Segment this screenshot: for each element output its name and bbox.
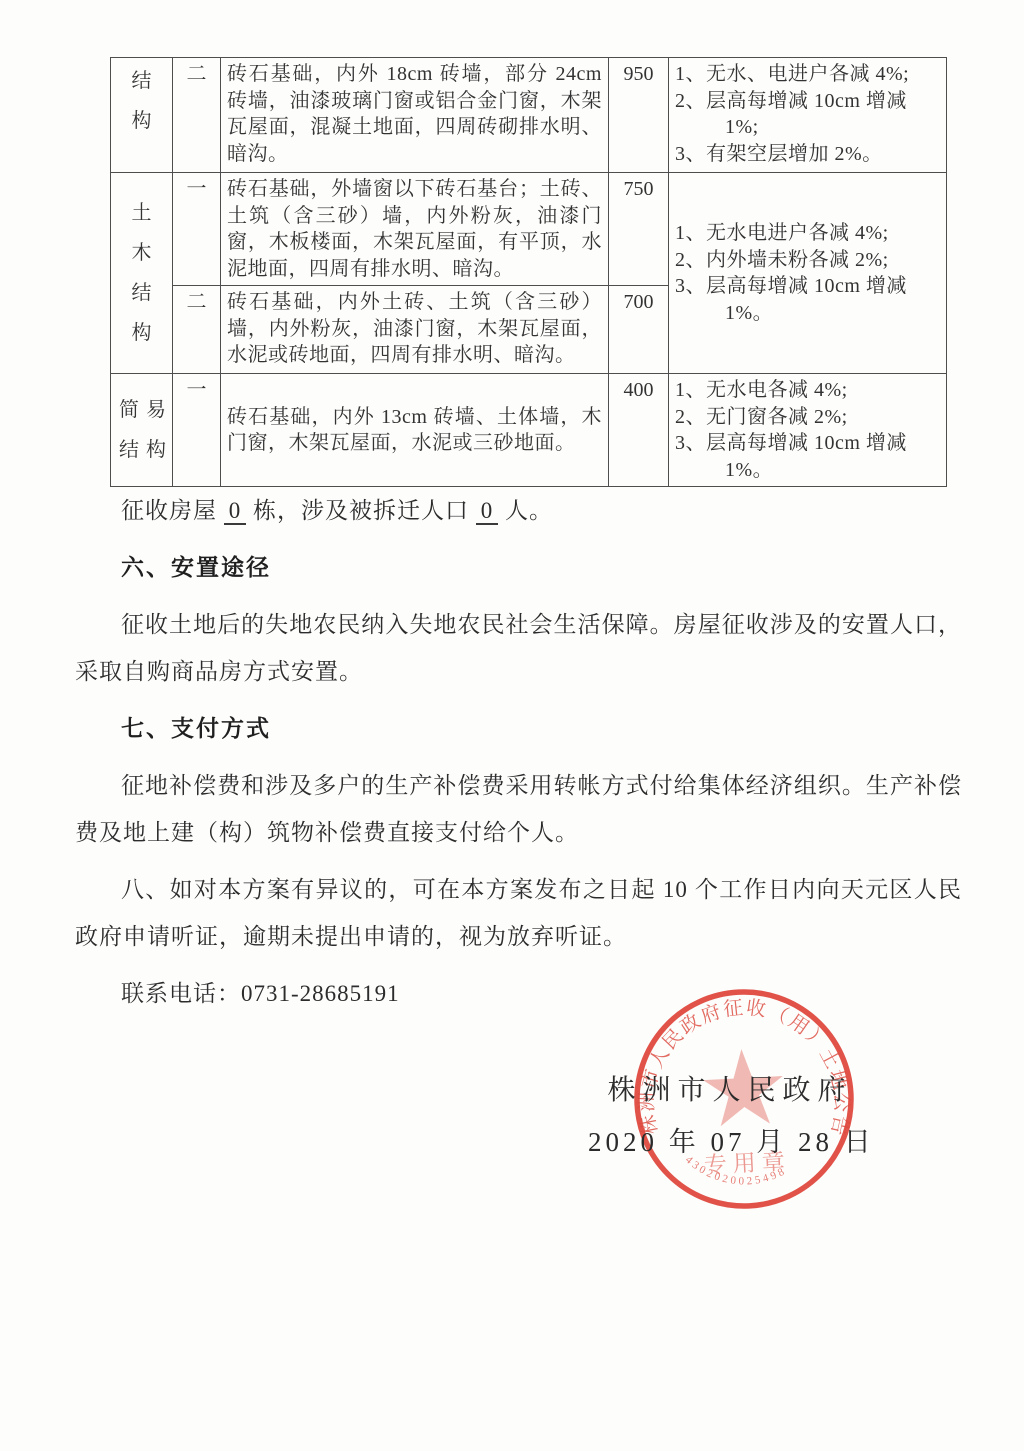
section-paragraph-6: 征收土地后的失地农民纳入失地农民社会生活保障。房屋征收涉及的安置人口，采取自购商… <box>75 601 962 695</box>
category-label: 结构 <box>129 61 155 141</box>
note-item: 3、有架空层增加 2%。 <box>675 141 940 168</box>
section-heading-7: 七、支付方式 <box>75 705 962 752</box>
note-item: 2、层高每增减 10cm 增减 1%; <box>675 88 940 141</box>
grade-cell: 一 <box>173 173 221 286</box>
description-cell: 砖石基础，内外 13cm 砖墙、土体墙，木门窗，木架瓦屋面，水泥或三砂地面。 <box>221 374 609 487</box>
category-cell: 简易结构 <box>111 374 173 487</box>
signature-date: 2020 年 07 月 28 日 <box>588 1120 868 1159</box>
document-body: 征收房屋 0 栋，涉及被拆迁人口 0 人。 六、安置途径 征收土地后的失地农民纳… <box>0 471 1024 1017</box>
grade-cell: 二 <box>173 58 221 173</box>
houses-text: 栋，涉及被拆迁人口 <box>246 498 476 523</box>
houses-text: 人。 <box>498 498 553 523</box>
price-cell: 400 <box>609 374 669 487</box>
note-item: 2、无门窗各减 2%; <box>675 404 940 431</box>
section-paragraph-8: 八、如对本方案有异议的，可在本方案发布之日起 10 个工作日内向天元区人民政府申… <box>75 866 962 960</box>
houses-count-value: 0 <box>224 498 247 525</box>
houses-count-line: 征收房屋 0 栋，涉及被拆迁人口 0 人。 <box>75 487 962 534</box>
grade-cell: 一 <box>173 374 221 487</box>
note-item: 1、无水、电进户各减 4%; <box>675 61 940 88</box>
note-item: 1、无水电进户各减 4%; <box>675 220 940 247</box>
notes-cell: 1、无水电各减 4%; 2、无门窗各减 2%; 3、层高每增减 10cm 增减 … <box>669 374 947 487</box>
price-cell: 750 <box>609 173 669 286</box>
category-cell: 土木结构 <box>111 173 173 374</box>
section-heading-6: 六、安置途径 <box>75 544 962 591</box>
price-cell: 950 <box>609 58 669 173</box>
relocated-people-value: 0 <box>476 498 499 525</box>
table-row: 结构 二 砖石基础，内外 18cm 砖墙，部分 24cm 砖墙，油漆玻璃门窗或铝… <box>111 58 947 173</box>
description-cell: 砖石基础，内外土砖、土筑（含三砂）墙，内外粉灰，油漆门窗，木架瓦屋面，水泥或砖地… <box>221 286 609 374</box>
note-item: 3、层高每增减 10cm 增减 1%。 <box>675 273 940 326</box>
compensation-table: 结构 二 砖石基础，内外 18cm 砖墙，部分 24cm 砖墙，油漆玻璃门窗或铝… <box>110 57 947 487</box>
note-item: 2、内外墙未粉各减 2%; <box>675 247 940 274</box>
description-cell: 砖石基础，内外 18cm 砖墙，部分 24cm 砖墙，油漆玻璃门窗或铝合金门窗，… <box>221 58 609 173</box>
price-cell: 700 <box>609 286 669 374</box>
signature-issuer: 株洲市人民政府 <box>600 1068 860 1108</box>
table-row: 简易结构 一 砖石基础，内外 13cm 砖墙、土体墙，木门窗，木架瓦屋面，水泥或… <box>111 374 947 487</box>
description-cell: 砖石基础，外墙窗以下砖石基台；土砖、土筑（含三砂）墙，内外粉灰，油漆门窗，木板楼… <box>221 173 609 286</box>
section-paragraph-7: 征地补偿费和涉及多户的生产补偿费采用转帐方式付给集体经济组织。生产补偿费及地上建… <box>75 762 962 856</box>
houses-text: 征收房屋 <box>121 498 224 523</box>
category-cell: 结构 <box>111 58 173 173</box>
table-row: 土木结构 一 砖石基础，外墙窗以下砖石基台；土砖、土筑（含三砂）墙，内外粉灰，油… <box>111 173 947 286</box>
category-label: 土木结构 <box>129 193 155 353</box>
notes-cell: 1、无水、电进户各减 4%; 2、层高每增减 10cm 增减 1%; 3、有架空… <box>669 58 947 173</box>
grade-cell: 二 <box>173 286 221 374</box>
category-label: 简易结构 <box>117 390 175 470</box>
document-page: 结构 二 砖石基础，内外 18cm 砖墙，部分 24cm 砖墙，油漆玻璃门窗或铝… <box>0 0 1024 1451</box>
notes-cell: 1、无水电进户各减 4%; 2、内外墙未粉各减 2%; 3、层高每增减 10cm… <box>669 173 947 374</box>
note-item: 1、无水电各减 4%; <box>675 377 940 404</box>
